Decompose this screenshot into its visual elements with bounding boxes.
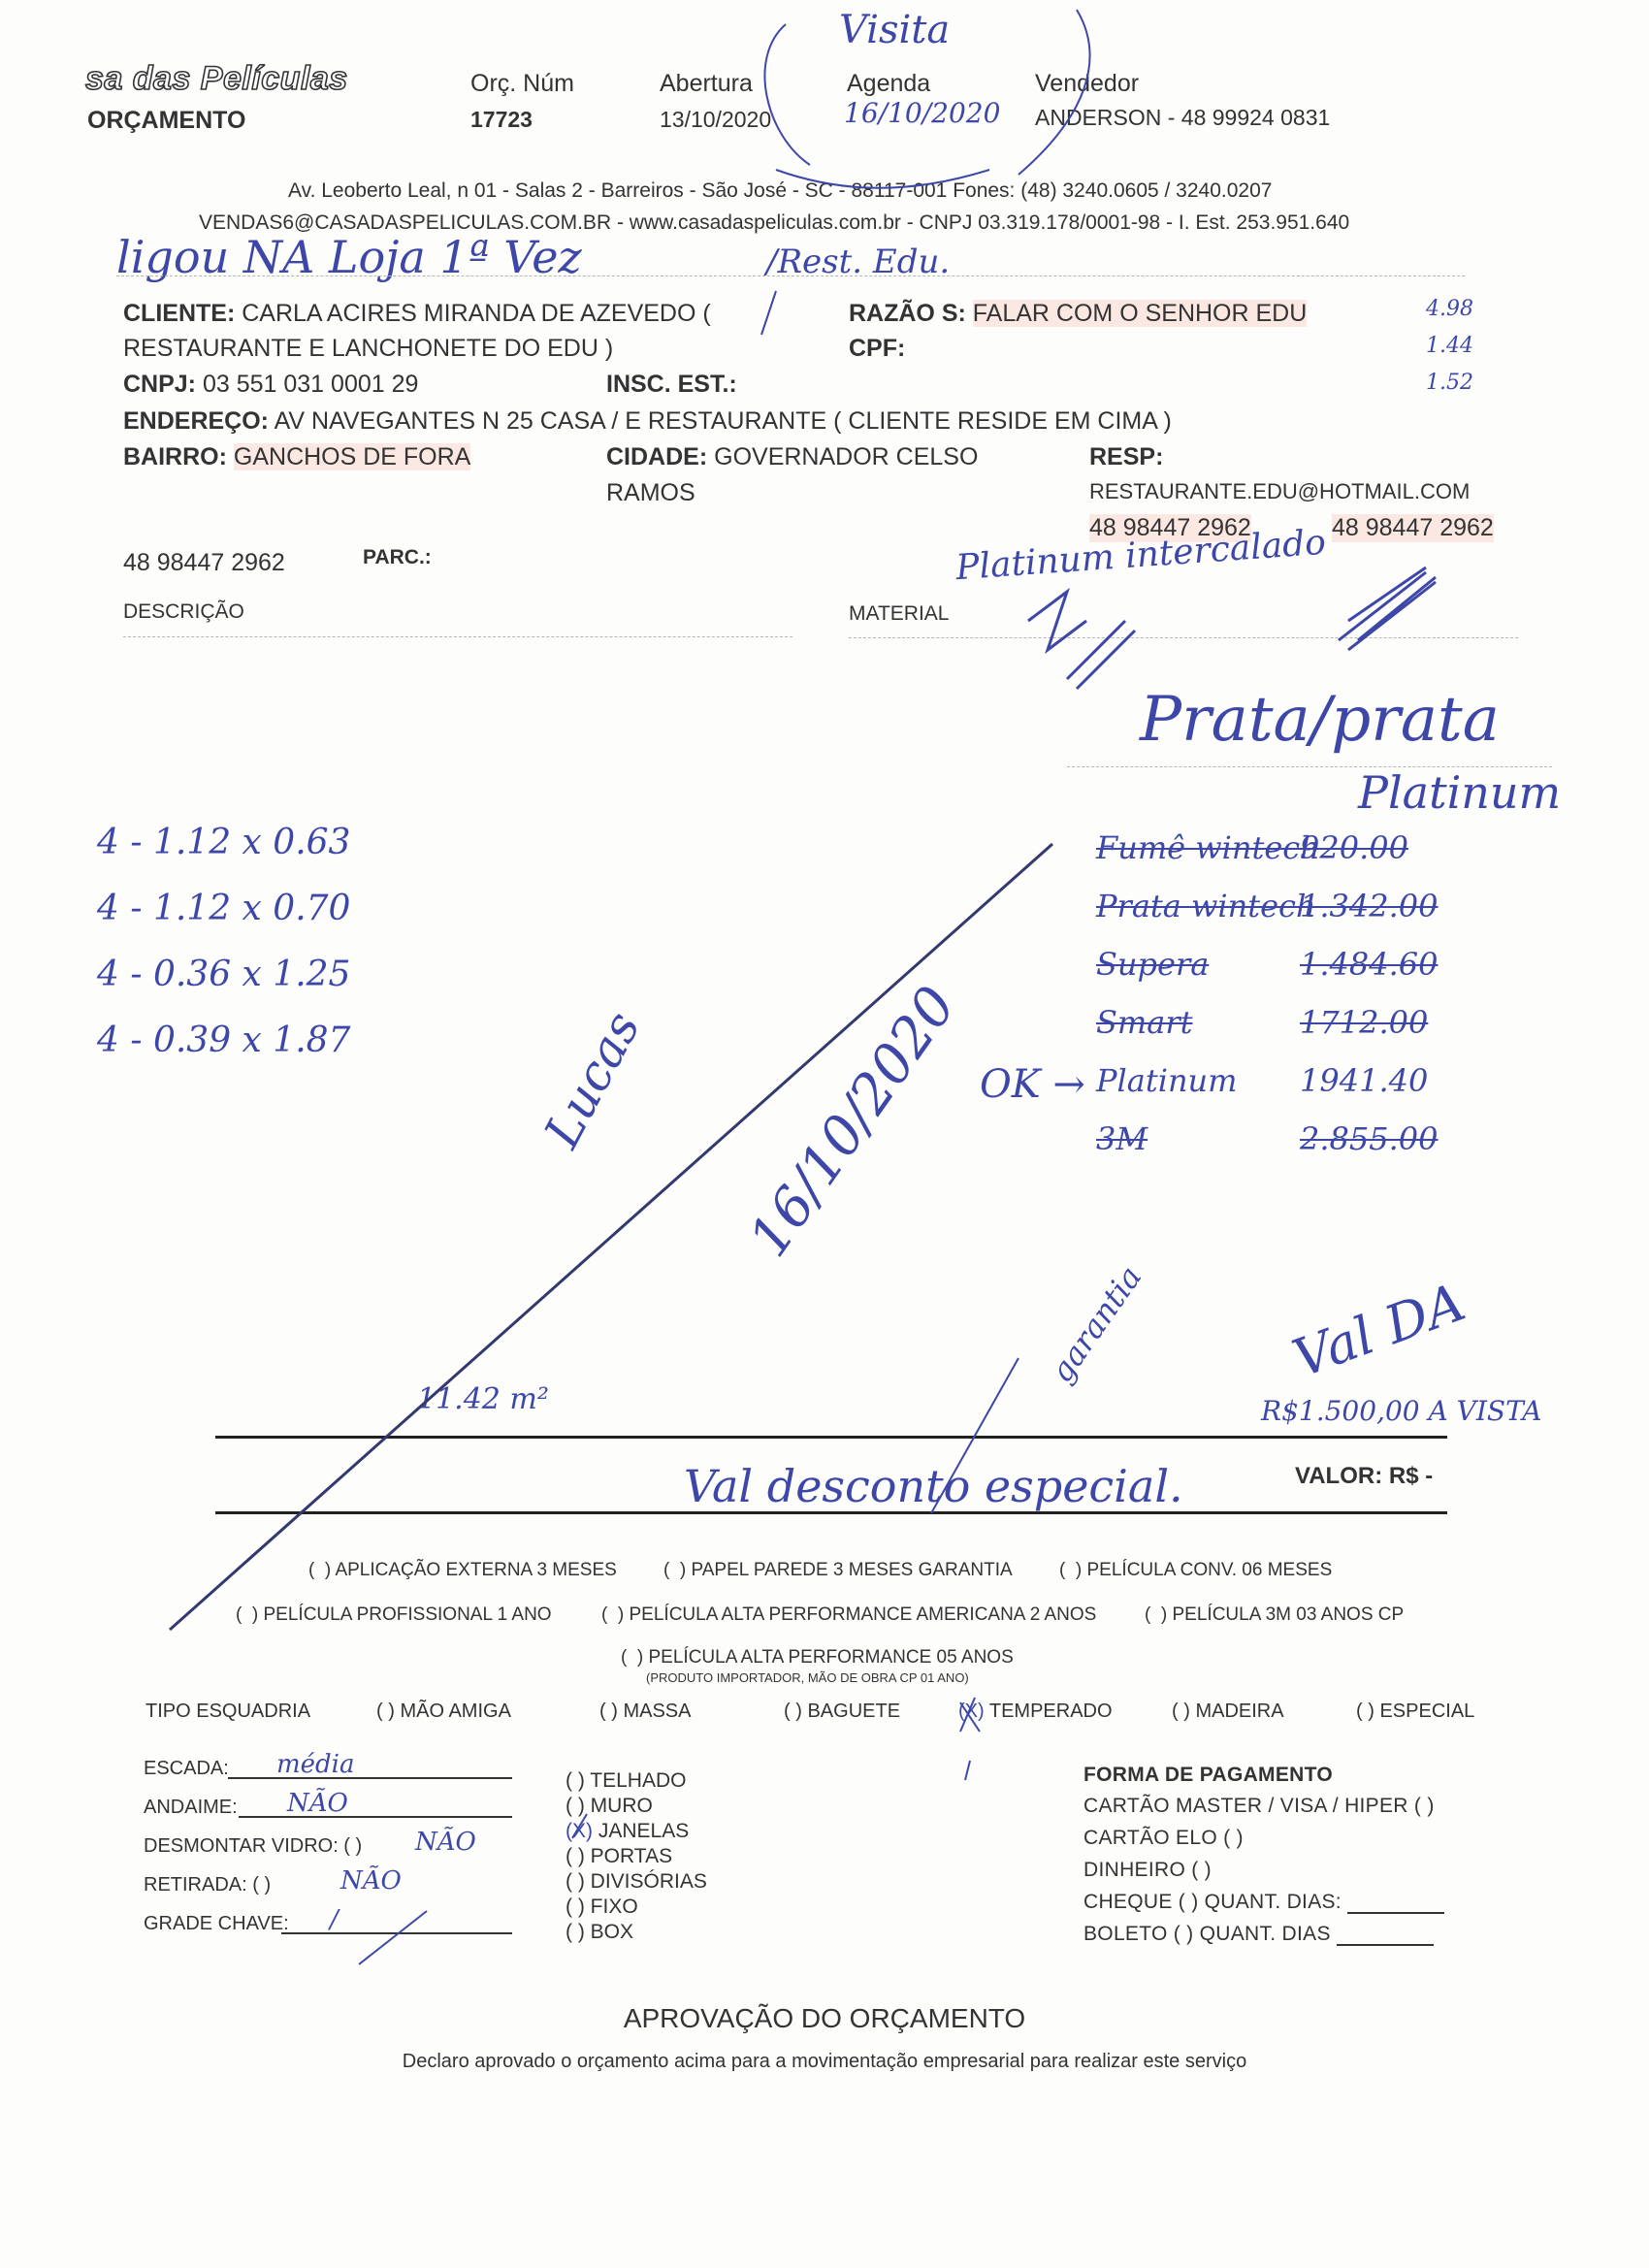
ink-strokes [0, 0, 1649, 2268]
